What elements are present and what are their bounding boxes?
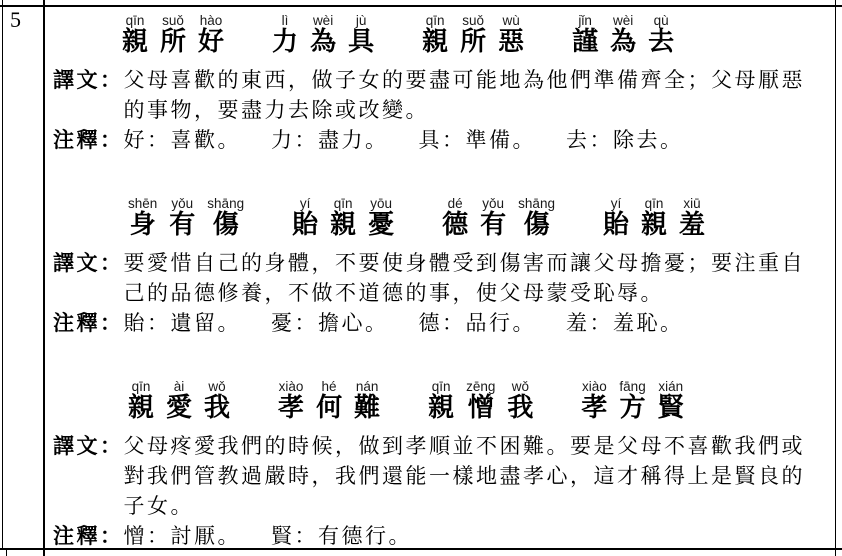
hanzi-char: 親 [641, 211, 667, 239]
verse-word: shāng傷 [518, 196, 555, 239]
pinyin-text: wèi [313, 13, 333, 28]
verse-word: jǐn謹 [572, 13, 598, 56]
pinyin-text: suǒ [462, 13, 484, 28]
pinyin-text: wèi [613, 13, 633, 28]
verse-group: yí貽qīn親xiū羞 [603, 196, 705, 239]
hanzi-char: 有 [169, 211, 195, 239]
verse-word: yǒu有 [169, 196, 195, 239]
annotation-entry: 力：盡力。 [271, 125, 389, 155]
annotation-paragraph: 注釋： 貽：遺留。憂：擔心。德：品行。羞：羞恥。 [53, 308, 833, 338]
verse-group: qīn親zēng憎wǒ我 [428, 379, 533, 422]
pinyin-text: yí [300, 196, 311, 211]
pinyin-text: wù [503, 13, 520, 28]
verse-group: yí貽qīn親yōu憂 [292, 196, 394, 239]
verse-word: jù具 [348, 13, 374, 56]
translation-paragraph: 譯文： 要愛惜自己的身體，不要使身體受到傷害而讓父母擔憂；要注重自己的品德修養，… [53, 248, 833, 308]
pinyin-text: wǒ [512, 379, 529, 394]
hanzi-char: 惡 [498, 28, 524, 56]
verse-word: wèi為 [310, 13, 336, 56]
verse-word: wǒ我 [507, 379, 533, 422]
textbook-page: 5 qīn親suǒ所hào好lì力wèi為jù具qīn親suǒ所wù惡jǐn謹w… [0, 0, 842, 556]
verse-word: dé德 [442, 196, 468, 239]
verse-group: lì力wèi為jù具 [272, 13, 374, 56]
verse-word: qīn親 [641, 196, 667, 239]
table-border-bottom [0, 548, 842, 550]
pinyin-text: qīn [426, 13, 445, 28]
hanzi-char: 賢 [658, 394, 684, 422]
annotation-entries: 憎：討厭。賢：有德行。 [124, 521, 413, 551]
pinyin-text: suǒ [162, 13, 184, 28]
verse-word: zēng憎 [466, 379, 495, 422]
hanzi-char: 孝 [278, 394, 304, 422]
pinyin-text: fāng [619, 379, 645, 394]
translation-paragraph: 譯文： 父母疼愛我們的時候，做到孝順並不困難。要是父母不喜歡我們或對我們管教過嚴… [53, 431, 833, 521]
pinyin-text: xián [658, 379, 683, 394]
pinyin-text: hào [200, 13, 223, 28]
verse-word: lì力 [272, 13, 298, 56]
verse-word: suǒ所 [460, 13, 486, 56]
hanzi-char: 親 [330, 211, 356, 239]
pinyin-text: nán [356, 379, 379, 394]
hanzi-char: 身 [130, 211, 156, 239]
verse-word: hào好 [198, 13, 224, 56]
translation-label: 譯文： [53, 65, 124, 95]
verse-word: yí貽 [292, 196, 318, 239]
verse-word: suǒ所 [160, 13, 186, 56]
pinyin-text: wǒ [208, 379, 225, 394]
hanzi-char: 力 [272, 28, 298, 56]
pinyin-text: qù [654, 13, 669, 28]
verse-word: yōu憂 [368, 196, 394, 239]
hanzi-char: 所 [460, 28, 486, 56]
table-border-top [0, 5, 842, 7]
translation-line: 的事物，要盡力去除或改變。 [124, 95, 806, 125]
translation-paragraph: 譯文： 父母喜歡的東西，做子女的要盡可能地為他們準備齊全；父母厭惡的事物，要盡力… [53, 65, 833, 125]
hanzi-char: 親 [128, 394, 154, 422]
hanzi-char: 傷 [524, 211, 550, 239]
translation-label: 譯文： [53, 431, 124, 461]
annotation-entry: 去：除去。 [566, 125, 684, 155]
verse-group: shēn身yǒu有shāng傷 [128, 196, 244, 239]
pinyin-text: shēn [128, 196, 157, 211]
pinyin-text: lì [282, 13, 289, 28]
annotation-entry: 賢：有德行。 [271, 521, 412, 551]
hanzi-char: 貽 [603, 211, 629, 239]
pinyin-text: ài [174, 379, 185, 394]
verse-word: xiū羞 [679, 196, 705, 239]
pinyin-text: hé [322, 379, 337, 394]
verse-row: qīn親ài愛wǒ我xiào孝hé何nán難qīn親zēng憎wǒ我xiào孝f… [128, 376, 833, 422]
verse-word: xiào孝 [581, 379, 607, 422]
pinyin-text: qīn [132, 379, 151, 394]
pinyin-text: qīn [126, 13, 145, 28]
hanzi-char: 好 [198, 28, 224, 56]
annotation-entry: 羞：羞恥。 [566, 308, 684, 338]
lesson-section: qīn親suǒ所hào好lì力wèi為jù具qīn親suǒ所wù惡jǐn謹wèi… [53, 10, 833, 155]
translation-line: 父母疼愛我們的時候，做到孝順並不困難。要是父母不喜歡我們或 [124, 431, 806, 461]
verse-word: fāng方 [619, 379, 645, 422]
verse-word: xián賢 [658, 379, 684, 422]
hanzi-char: 為 [310, 28, 336, 56]
translation-lines: 要愛惜自己的身體，不要使身體受到傷害而讓父母擔憂；要注重自己的品德修養，不做不道… [124, 248, 806, 308]
hanzi-char: 何 [316, 394, 342, 422]
verse-group: xiào孝fāng方xián賢 [581, 379, 683, 422]
annotation-entry: 具：準備。 [419, 125, 537, 155]
verse-row: shēn身yǒu有shāng傷yí貽qīn親yōu憂dé德yǒu有shāng傷y… [128, 193, 833, 239]
pinyin-text: shāng [518, 196, 555, 211]
translation-lines: 父母疼愛我們的時候，做到孝順並不困難。要是父母不喜歡我們或對我們管教過嚴時，我們… [124, 431, 806, 521]
hanzi-char: 親 [428, 394, 454, 422]
column-divider [43, 0, 45, 556]
translation-line: 己的品德修養，不做不道德的事，使父母蒙受恥辱。 [124, 278, 806, 308]
verse-word: shēn身 [128, 196, 157, 239]
annotation-entries: 貽：遺留。憂：擔心。德：品行。羞：羞恥。 [124, 308, 684, 338]
hanzi-char: 去 [648, 28, 674, 56]
annotation-entries: 好：喜歡。力：盡力。具：準備。去：除去。 [124, 125, 684, 155]
translation-line: 對我們管教過嚴時，我們還能一樣地盡孝心，這才稱得上是賢良的 [124, 461, 806, 491]
pinyin-text: zēng [466, 379, 495, 394]
hanzi-char: 難 [354, 394, 380, 422]
pinyin-text: xiào [582, 379, 607, 394]
verse-word: qīn親 [330, 196, 356, 239]
hanzi-char: 孝 [581, 394, 607, 422]
hanzi-char: 方 [620, 394, 646, 422]
pinyin-text: qīn [334, 196, 353, 211]
pinyin-text: qīn [645, 196, 664, 211]
hanzi-char: 為 [610, 28, 636, 56]
hanzi-char: 謹 [572, 28, 598, 56]
verse-word: nán難 [354, 379, 380, 422]
annotation-paragraph: 注釋： 憎：討厭。賢：有德行。 [53, 521, 833, 551]
pinyin-text: jǐn [578, 13, 592, 28]
verse-group: qīn親ài愛wǒ我 [128, 379, 230, 422]
annotation-label: 注釋： [53, 308, 124, 338]
annotation-entry: 憎：討厭。 [124, 521, 242, 551]
annotation-entry: 好：喜歡。 [124, 125, 242, 155]
annotation-entry: 貽：遺留。 [124, 308, 242, 338]
verse-group: dé德yǒu有shāng傷 [442, 196, 555, 239]
verse-word: qīn親 [428, 379, 454, 422]
verse-word: qīn親 [128, 379, 154, 422]
translation-line: 父母喜歡的東西，做子女的要盡可能地為他們準備齊全；父母厭惡 [124, 65, 806, 95]
verse-word: yǒu有 [480, 196, 506, 239]
hanzi-char: 德 [442, 211, 468, 239]
verse-word: qù去 [648, 13, 674, 56]
hanzi-char: 憎 [468, 394, 494, 422]
annotation-label: 注釋： [53, 521, 124, 551]
verse-word: hé何 [316, 379, 342, 422]
lesson-section: shēn身yǒu有shāng傷yí貽qīn親yōu憂dé德yǒu有shāng傷y… [53, 193, 833, 338]
pinyin-text: jù [356, 13, 367, 28]
hanzi-char: 羞 [679, 211, 705, 239]
pinyin-text: yǒu [482, 196, 504, 211]
hanzi-char: 我 [204, 394, 230, 422]
translation-lines: 父母喜歡的東西，做子女的要盡可能地為他們準備齊全；父母厭惡的事物，要盡力去除或改… [124, 65, 806, 125]
pinyin-text: qīn [432, 379, 451, 394]
annotation-label: 注釋： [53, 125, 124, 155]
pinyin-text: yí [611, 196, 622, 211]
verse-row: qīn親suǒ所hào好lì力wèi為jù具qīn親suǒ所wù惡jǐn謹wèi… [122, 10, 833, 56]
hanzi-char: 親 [122, 28, 148, 56]
hanzi-char: 有 [480, 211, 506, 239]
verse-word: wèi為 [610, 13, 636, 56]
pinyin-text: dé [448, 196, 463, 211]
translation-label: 譯文： [53, 248, 124, 278]
verse-word: yí貽 [603, 196, 629, 239]
hanzi-char: 親 [422, 28, 448, 56]
annotation-entry: 憂：擔心。 [271, 308, 389, 338]
verse-word: wǒ我 [204, 379, 230, 422]
lesson-content-cell: qīn親suǒ所hào好lì力wèi為jù具qīn親suǒ所wù惡jǐn謹wèi… [45, 6, 833, 551]
hanzi-char: 具 [348, 28, 374, 56]
lesson-section: qīn親ài愛wǒ我xiào孝hé何nán難qīn親zēng憎wǒ我xiào孝f… [53, 376, 833, 551]
translation-line: 子女。 [124, 491, 806, 521]
hanzi-char: 貽 [292, 211, 318, 239]
hanzi-char: 憂 [368, 211, 394, 239]
table-border-left [2, 0, 3, 549]
pinyin-text: shāng [207, 196, 244, 211]
translation-line: 要愛惜自己的身體，不要使身體受到傷害而讓父母擔憂；要注重自 [124, 248, 806, 278]
annotation-paragraph: 注釋： 好：喜歡。力：盡力。具：準備。去：除去。 [53, 125, 833, 155]
verse-group: jǐn謹wèi為qù去 [572, 13, 674, 56]
table-border-right [835, 0, 836, 556]
annotation-entry: 德：品行。 [419, 308, 537, 338]
hanzi-char: 我 [507, 394, 533, 422]
hanzi-char: 愛 [166, 394, 192, 422]
verse-group: qīn親suǒ所hào好 [122, 13, 224, 56]
pinyin-text: xiū [683, 196, 700, 211]
verse-group: xiào孝hé何nán難 [278, 379, 380, 422]
hanzi-char: 傷 [213, 211, 239, 239]
verse-group: qīn親suǒ所wù惡 [422, 13, 524, 56]
verse-word: xiào孝 [278, 379, 304, 422]
verse-word: shāng傷 [207, 196, 244, 239]
pinyin-text: yǒu [171, 196, 193, 211]
row-number: 5 [10, 7, 21, 32]
pinyin-text: yōu [370, 196, 392, 211]
verse-word: ài愛 [166, 379, 192, 422]
pinyin-text: xiào [279, 379, 304, 394]
next-row-border-stub [6, 550, 7, 556]
verse-word: qīn親 [122, 13, 148, 56]
verse-word: wù惡 [498, 13, 524, 56]
hanzi-char: 所 [160, 28, 186, 56]
verse-word: qīn親 [422, 13, 448, 56]
